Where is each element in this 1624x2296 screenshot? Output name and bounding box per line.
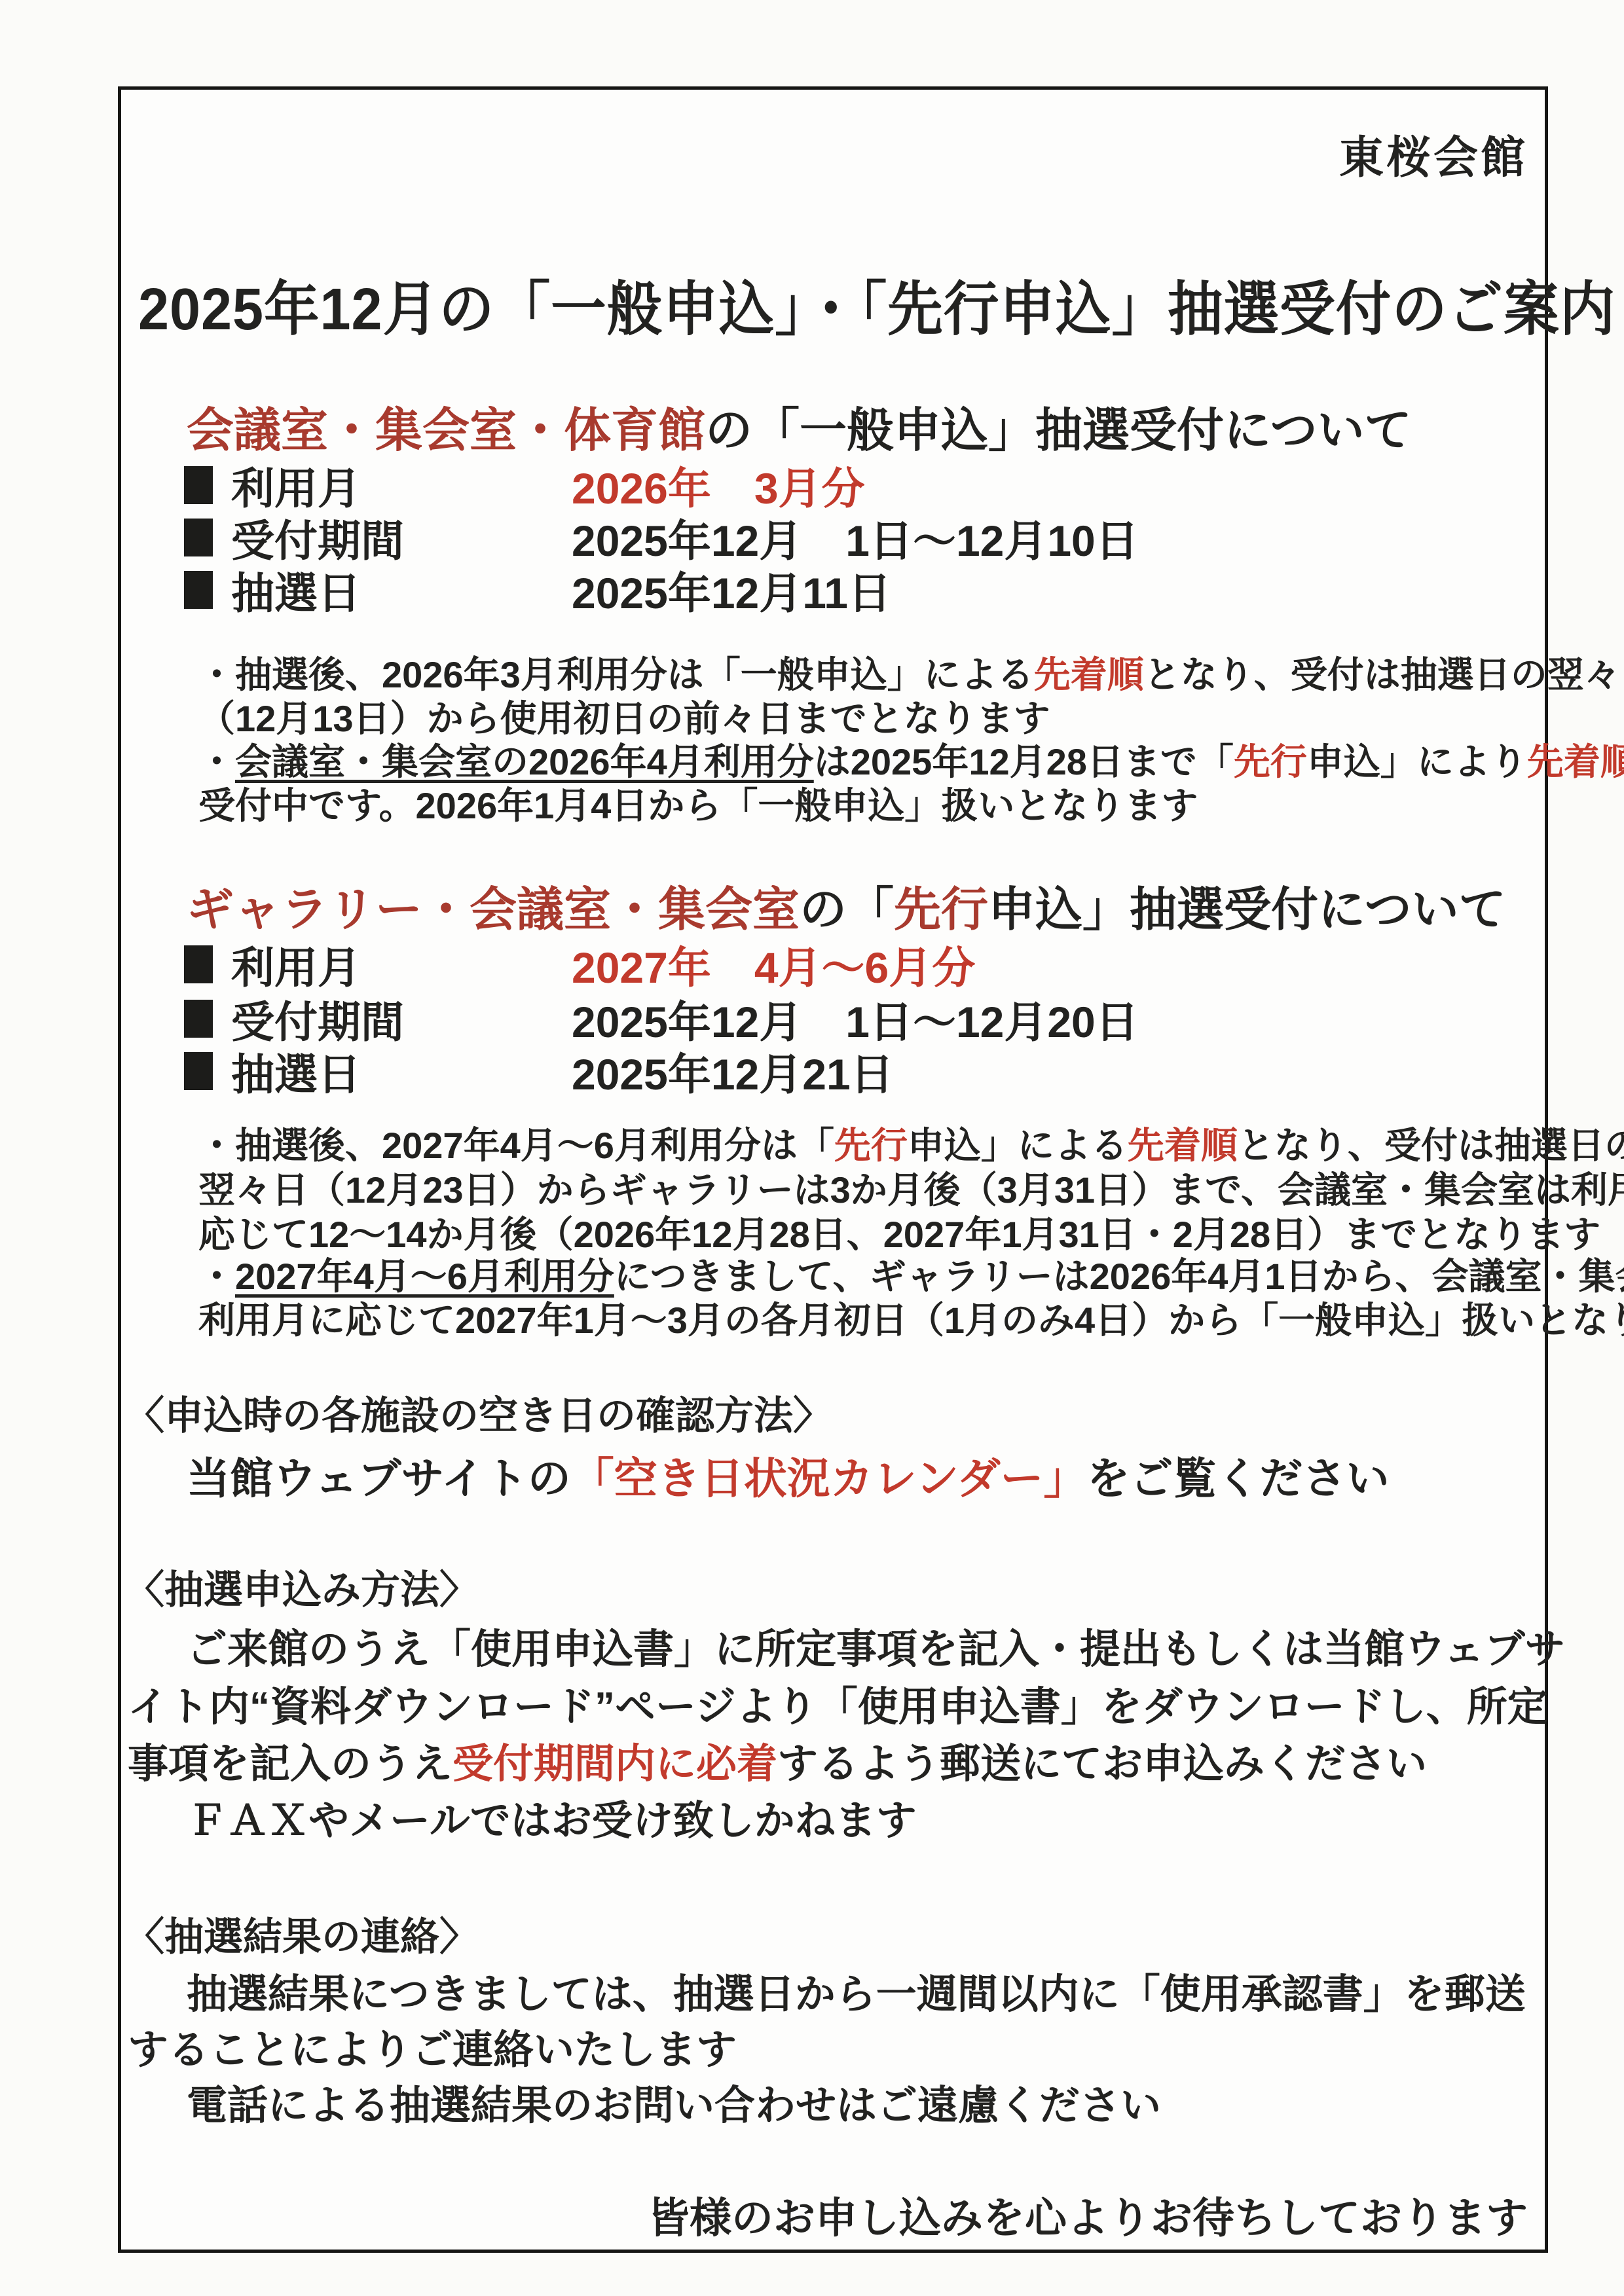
bullet-square-icon (184, 1000, 213, 1038)
page-title: 2025年12月の「一般申込」・「先行申込」抽選受付のご案内 (138, 261, 1615, 346)
paragraph-line: ご来館のうえ「使用申込書」に所定事項を記入・提出もしくは当館ウェブサ (187, 1616, 1566, 1675)
note-text: ・抽選後、2027年4月～6月利用分は「 (198, 1125, 834, 1166)
bullet-square-icon (184, 466, 213, 504)
paragraph-line: 電話による抽選結果のお問い合わせはご遠慮ください (187, 2073, 1161, 2131)
note-line: 受付中です。2026年1月4日から「一般申込」扱いとなります (198, 777, 1198, 829)
section1-heading-rest: の「一般申込」抽選受付について (705, 405, 1412, 457)
note-emphasis: 先着順 (1128, 1125, 1238, 1166)
availability-body: 当館ウェブサイトの「空き日状況カレンダー」をご覧ください (187, 1444, 1389, 1506)
note-text: 申込」による (908, 1125, 1128, 1166)
page-border: 東桜会館 2025年12月の「一般申込」・「先行申込」抽選受付のご案内 会議室・… (118, 86, 1548, 2253)
note-text: ・ (198, 1256, 235, 1297)
section1-heading-facilities: 会議室・集会室・体育館 (187, 405, 705, 457)
row-value: 2027年 4月～6月分 (572, 933, 975, 995)
note-emphasis: 先着順 (1034, 654, 1144, 695)
note-line: 利用月に応じて2027年1月～3月の各月初日（1月のみ4日）から「一般申込」扱い… (198, 1292, 1624, 1344)
section2-heading-rest: 申込」抽選受付について (988, 884, 1506, 936)
paragraph-line: することによりご連絡いたします (128, 2017, 737, 2075)
deadline-emphasis: 受付期間内に必着 (452, 1741, 777, 1787)
bullet-square-icon (184, 571, 213, 609)
availability-heading: 〈申込時の各施設の空き日の確認方法〉 (125, 1385, 832, 1441)
section1-heading: 会議室・集会室・体育館の「一般申込」抽選受付について (187, 392, 1412, 460)
note-text: は2025年12月28日まで「 (814, 741, 1234, 782)
note-text: となり、受付は抽選日の (1238, 1125, 1624, 1166)
table-row: 利用月 2027年 4月～6月分 (184, 933, 975, 995)
closing-message: 皆様のお申し込みを心よりお待ちしております (648, 2185, 1528, 2245)
row-label: 抽選日 (231, 558, 572, 621)
row-label: 抽選日 (231, 1040, 572, 1102)
row-value: 2025年12月11日 (572, 558, 891, 621)
table-row: 抽選日 2025年12月11日 (184, 558, 891, 621)
note-emphasis: 先着順 (1527, 741, 1624, 782)
section2-heading: ギャラリー・会議室・集会室の「先行申込」抽選受付について (187, 871, 1506, 939)
note-text: につきまして、ギャラリーは2026年4月1日から、会議室・集会室は (614, 1256, 1624, 1297)
bullet-square-icon (184, 519, 213, 556)
note-text: ・抽選後、2026年3月利用分は「一般申込」による (198, 654, 1034, 695)
availability-text: をご覧ください (1086, 1454, 1389, 1503)
note-underlined: 2027年4月～6月利用分 (235, 1256, 614, 1297)
availability-text: 当館ウェブサイトの (187, 1454, 571, 1503)
paragraph-line: イト内“資料ダウンロード”ページより「使用申込書」をダウンロードし、所定 (128, 1674, 1548, 1732)
note-text: ・ (198, 741, 235, 782)
paragraph-text: するよう郵送にてお申込みください (777, 1741, 1427, 1787)
paragraph-line: 抽選結果につきましては、抽選日から一週間以内に「使用承認書」を郵送 (187, 1961, 1526, 2020)
paragraph-line: 事項を記入のうえ受付期間内に必着するよう郵送にてお申込みください (128, 1731, 1427, 1789)
availability-calendar-link-text: 「空き日状況カレンダー」 (571, 1454, 1087, 1503)
bullet-square-icon (184, 945, 213, 983)
note-emphasis: 先行 (834, 1125, 908, 1166)
result-heading: 〈抽選結果の連絡〉 (125, 1906, 479, 1962)
table-row: 抽選日 2025年12月21日 (184, 1040, 894, 1102)
row-label: 利用月 (231, 933, 572, 995)
section2-heading-rest: の「 (800, 884, 894, 936)
note-text: となり、受付は抽選日の翌々日 (1144, 654, 1624, 695)
note-text: 申込」により (1307, 741, 1527, 782)
note-emphasis: 先行 (1234, 741, 1307, 782)
facility-name: 東桜会館 (1339, 122, 1528, 186)
paragraph-line: ＦＡＸやメールではお受け致しかねます (187, 1788, 917, 1846)
note-underlined: 会議室・集会室の2026年4月利用分 (235, 741, 814, 782)
bullet-square-icon (184, 1052, 213, 1090)
section2-heading-emphasis: 先行 (894, 884, 988, 936)
row-value: 2025年12月21日 (572, 1040, 894, 1102)
application-heading: 〈抽選申込み方法〉 (125, 1559, 479, 1615)
paragraph-text: 事項を記入のうえ (128, 1741, 452, 1787)
section2-heading-facilities: ギャラリー・会議室・集会室 (187, 884, 800, 936)
